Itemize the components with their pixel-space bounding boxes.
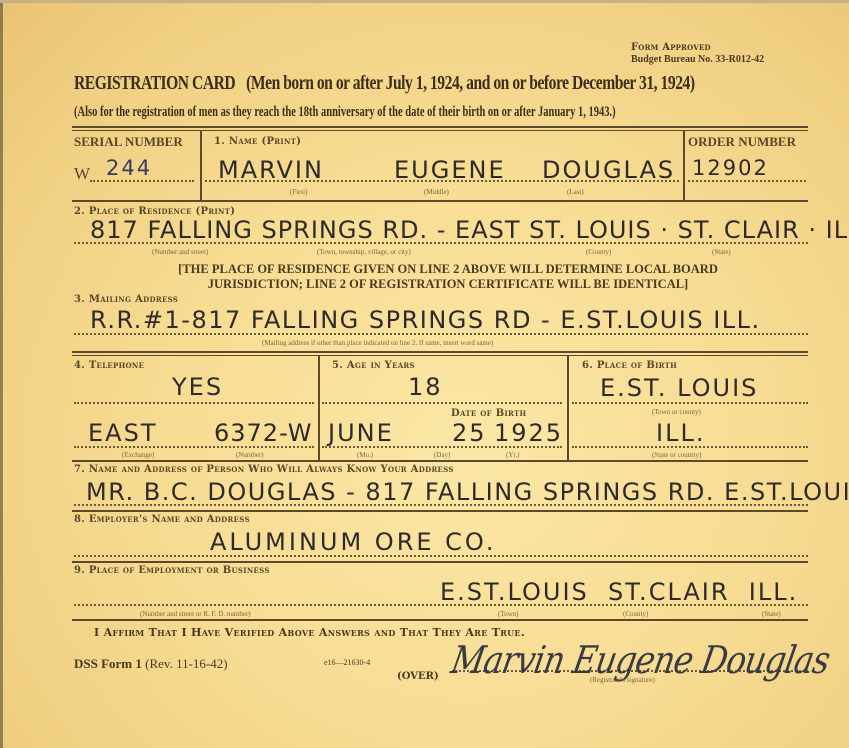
exchange-value: EAST [88, 419, 157, 447]
birth-town-value: E.ST. LOUIS [600, 374, 758, 402]
residence-value: 817 FALLING SPRINGS RD. - EAST ST. LOUIS… [90, 216, 849, 244]
divider [200, 131, 202, 201]
first-name-value: MARVIN [218, 156, 324, 184]
day-caption: (Day) [434, 451, 450, 459]
age-value: 18 [408, 373, 443, 401]
order-number-label: ORDER NUMBER [688, 134, 796, 150]
middle-name-value: EUGENE [394, 156, 506, 184]
employment-state-caption: (State) [762, 610, 781, 618]
serial-number-label: SERIAL NUMBER [74, 134, 183, 150]
form-approved-label: Form Approved [631, 42, 711, 53]
rule [72, 351, 808, 356]
month-caption: (Mo.) [357, 451, 373, 459]
rule [72, 200, 808, 202]
notice-line-1: [THE PLACE OF RESIDENCE GIVEN ON LINE 2 … [128, 262, 768, 277]
county-caption: (County) [586, 248, 611, 256]
card-subtitle: (Also for the registration of men as the… [74, 104, 616, 121]
place-of-birth-label: 6. Place of Birth [582, 360, 677, 371]
contact-person-value: MR. B.C. DOUGLAS - 817 FALLING SPRINGS R… [86, 478, 849, 506]
budget-bureau-number: Budget Bureau No. 33-R012-42 [631, 54, 764, 65]
date-of-birth-label: Date of Birth [451, 408, 526, 419]
employment-place-label: 9. Place of Employment or Business [74, 565, 270, 576]
contact-person-label: 7. Name and Address of Person Who Will A… [74, 464, 454, 475]
employment-town-caption: (Town) [498, 610, 519, 618]
employer-label: 8. Employer's Name and Address [74, 514, 250, 525]
print-code: e16—21630-4 [324, 658, 370, 667]
jurisdiction-notice: [THE PLACE OF RESIDENCE GIVEN ON LINE 2 … [128, 262, 768, 292]
form-revision: (Rev. 11-16-42) [145, 656, 227, 671]
town-caption: (Town, township, village, or city) [317, 248, 411, 256]
order-line [688, 180, 806, 182]
card-edge-top [0, 0, 849, 3]
dob-year-value: 1925 [494, 419, 563, 447]
name-label: 1. Name (Print) [214, 136, 301, 147]
telephone-value: YES [172, 373, 223, 401]
first-caption: (First) [290, 188, 308, 196]
birth-town-line [572, 402, 808, 404]
notice-line-2: JURISDICTION; LINE 2 OF REGISTRATION CER… [128, 277, 768, 292]
rule [72, 126, 808, 131]
last-name-value: DOUGLAS [542, 156, 675, 184]
birth-state-value: ILL. [656, 419, 705, 447]
signature-caption: (Registrant's signature) [590, 676, 655, 684]
mailing-caption: (Mailing address if other than place ind… [262, 339, 493, 347]
rule [72, 460, 808, 462]
employment-street-caption: (Number and street or R. F. D. number) [140, 610, 251, 618]
card-edge [0, 0, 3, 748]
over-label: (OVER) [397, 671, 439, 682]
serial-line [90, 180, 194, 182]
card-title-main: REGISTRATION CARD [74, 72, 235, 94]
registration-card: Form Approved Budget Bureau No. 33-R012-… [0, 0, 849, 748]
street-caption: (Number and street) [152, 248, 208, 256]
card-title-scope: (Men born on or after July 1, 1924, and … [246, 72, 694, 94]
employment-place-value: E.ST.LOUIS ST.CLAIR ILL. [440, 578, 798, 606]
serial-number-value: 244 [106, 156, 152, 180]
telephone-label: 4. Telephone [74, 360, 144, 371]
year-caption: (Yr.) [506, 451, 519, 459]
dob-month-value: JUNE [328, 419, 394, 447]
form-id: DSS Form 1 (Rev. 11-16-42) [74, 656, 228, 672]
age-line [322, 402, 562, 404]
state-caption: (State) [712, 248, 731, 256]
rule [72, 510, 808, 512]
form-name: DSS Form 1 [74, 656, 142, 671]
divider [567, 356, 569, 460]
last-caption: (Last) [567, 188, 584, 196]
order-number-value: 12902 [692, 156, 769, 180]
rule [72, 619, 808, 621]
employer-value: ALUMINUM ORE CO. [210, 528, 496, 556]
serial-prefix: W [74, 164, 90, 184]
mailing-address-label: 3. Mailing Address [74, 294, 178, 305]
rule [72, 561, 808, 563]
birth-town-caption: (Town or county) [652, 408, 701, 416]
card-title: REGISTRATION CARD(Men born on or after J… [74, 72, 695, 95]
number-caption: (Number) [236, 451, 264, 459]
employment-county-caption: (County) [623, 610, 648, 618]
birth-state-caption: (State or country) [652, 451, 701, 459]
divider [683, 131, 685, 201]
phone-number-value: 6372-W [214, 419, 313, 447]
telephone-line [74, 402, 314, 404]
mailing-address-value: R.R.#1-817 FALLING SPRINGS RD - E.ST.LOU… [90, 306, 761, 334]
dob-day-value: 25 [452, 419, 487, 447]
divider [318, 356, 320, 460]
age-label: 5. Age in Years [332, 360, 415, 371]
exchange-caption: (Exchange) [122, 451, 154, 459]
middle-caption: (Middle) [424, 188, 449, 196]
